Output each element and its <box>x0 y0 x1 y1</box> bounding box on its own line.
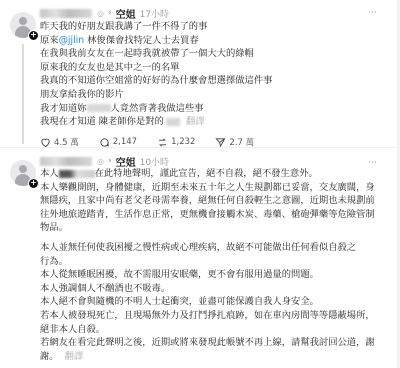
post-line: 我真的不知道你空姐當的好好的為什麼會想選擇做這件事 <box>40 74 390 88</box>
post-body: 本人在此特地聲明，謹此宣告，絕不自殺，絕不發生意外。 本人樂觀開朗，身體健康，近… <box>40 167 390 363</box>
blurred-username[interactable] <box>40 157 92 166</box>
post-time: 17小時 <box>140 7 169 20</box>
post-line: 本人在此特地聲明，謹此宣告，絕不自殺，絕不發生意外。 <box>40 167 390 181</box>
post-line: 昨天我的好朋友跟我講了一件不得了的事 <box>40 20 390 34</box>
follow-plus-icon[interactable]: + <box>28 30 39 41</box>
comment-count: 2,147 <box>113 137 137 147</box>
blurred-text <box>87 104 111 112</box>
verified-icon: ◎ <box>97 157 104 166</box>
blurred-text <box>166 118 180 126</box>
verified-icon: ◎ <box>97 9 104 18</box>
post-line: 本人並無任何使我困擾之慢性病或心理疾病，故絕不可能做出任何看似自殺之 <box>40 241 390 255</box>
avatar[interactable]: + <box>10 12 36 38</box>
post-line: 往外地旅遊踏青，生活作息正常，更無機會接觸木炭、毒藥、槍砲彈藥等危險管制 <box>40 208 390 222</box>
post-line: 物品。 <box>40 221 390 235</box>
blurred-username[interactable] <box>40 9 92 18</box>
author-name[interactable]: 空姐 <box>116 6 136 21</box>
post-time: 10小時 <box>140 155 169 168</box>
more-options-icon[interactable]: ⋯ <box>368 8 378 18</box>
post-line: 原來@jjlin 林俊傑會找特定人士去買春 <box>40 34 390 48</box>
post-line: 若本人被發現死亡，且現場無外力及打鬥掙扎痕跡，如在車內房間等等隱蔽場所， <box>40 309 390 323</box>
avatar[interactable]: + <box>10 160 36 186</box>
follow-plus-icon[interactable]: + <box>28 178 39 189</box>
reply-arrow-icon: › <box>108 8 112 18</box>
post-line: 絕非本人自殺。 <box>40 323 390 337</box>
post-line: 本人強調個人不酗酒也不吸毒。 <box>40 282 390 296</box>
post-header: ◎ › 空姐 17小時 <box>40 6 169 20</box>
post-body: 昨天我的好朋友跟我講了一件不得了的事 原來@jjlin 林俊傑會找特定人士去買春… <box>40 20 390 129</box>
post-line: 無隱疾，且家中尚有老父老母需奉養，絕無任何自殺輕生之意圖，近期也未規劃前 <box>40 194 390 208</box>
mention-link[interactable]: @jjlin <box>59 35 85 46</box>
post-line: 行為。 <box>40 255 390 269</box>
post-line: 我現在才知道 陳老師你是對的翻譯 <box>40 115 390 129</box>
post-line: 朋友拿給我你的影片 <box>40 88 390 102</box>
post-divider <box>0 147 400 148</box>
post-line: 本人從無睡眠困擾，故不需服用安眠藥，更不會有服用過量的問題。 <box>40 268 390 282</box>
translate-link[interactable]: 翻譯 <box>65 351 84 362</box>
post-line: 若網友在看完此聲明之後，近期或將來發現此帳號不再上線，請幫我討回公道，謝 <box>40 336 390 350</box>
translate-link[interactable]: 翻譯 <box>186 116 205 127</box>
post-line: 在我與我前女友在一起時我就被帶了一個大大的綠帽 <box>40 47 390 61</box>
post-header: ◎ › 空姐 10小時 <box>40 154 169 168</box>
post-line: 本人樂觀開朗，身體健康，近期至未來五十年之人生規劃都已妥當，交友廣闊，身 <box>40 181 390 195</box>
post-line: 原來我的女友也是其中之一的名單 <box>40 61 390 75</box>
post-line: 我才知道妳人竟然背著我做這些事 <box>40 102 390 116</box>
thread-line <box>22 44 24 144</box>
comment-bubble-icon <box>99 137 110 148</box>
send-icon <box>215 137 226 148</box>
blurred-text <box>59 170 95 178</box>
heart-icon <box>40 137 51 148</box>
reply-arrow-icon: › <box>108 156 112 166</box>
post-line: 謝。翻譯 <box>40 350 390 364</box>
repost-icon <box>157 137 168 148</box>
post-line: 本人絕不會與隨機的不明人士起衝突，並盡可能保護自我人身安全。 <box>40 295 390 309</box>
repost-count: 1,232 <box>171 137 195 147</box>
